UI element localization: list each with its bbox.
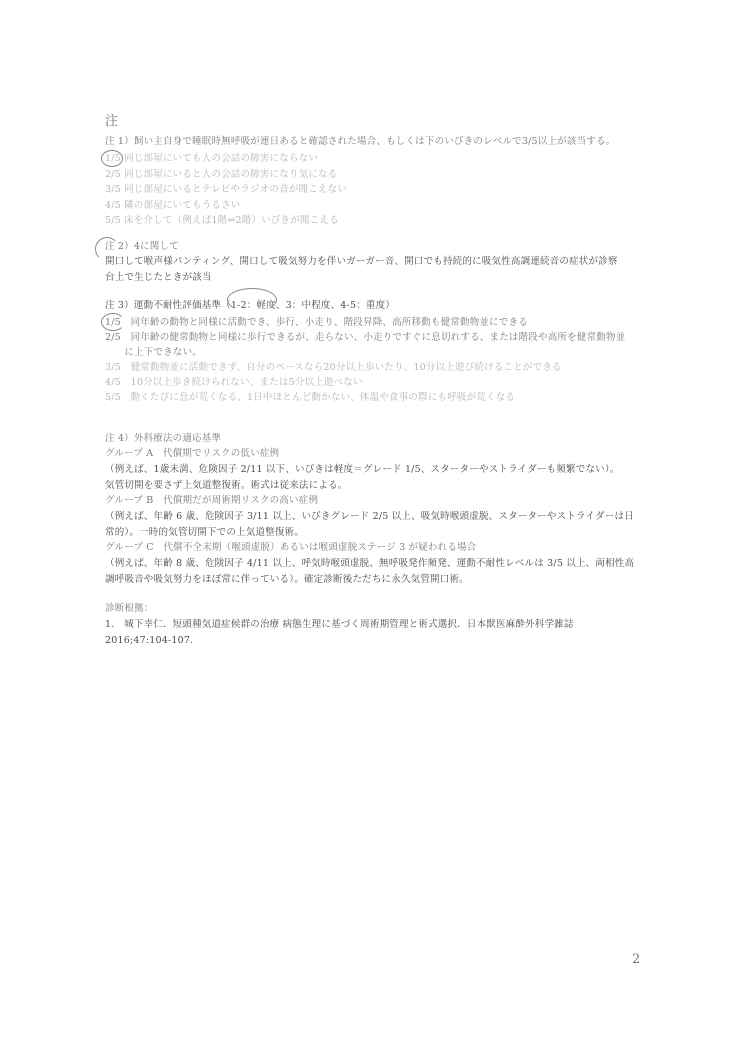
group-b-label: グループ B 代償期だが周術期リスクの高い症例 [105, 495, 318, 507]
note1-title: 注 1）飼い主自身で睡眠時無呼吸が連日あると確認された場合、もしくは下のいびきの… [105, 136, 615, 148]
notes-heading: 注 [105, 116, 118, 128]
note3-item-1: 1/5 同年齢の動物と同様に活動でき、歩行、小走り、階段昇降、高所移動も健常動物… [105, 317, 528, 329]
document-page: 注 注 1）飼い主自身で睡眠時無呼吸が連日あると確認された場合、もしくは下のいび… [0, 0, 736, 1041]
handwritten-circle-mark [101, 150, 123, 167]
note3-item-3: 3/5 健常動物並に活動できず、自分のペースなら20分以上歩いたり、10分以上遊… [105, 362, 562, 374]
note1-item-5: 5/5 床を介して（例えば1階⇔2階）いびきが聞こえる [105, 215, 339, 227]
group-b-line-2: 常的）。一時的気管切開下での上気道整復術。 [105, 527, 304, 539]
note3-item-5: 5/5 動くたびに息が荒くなる、1日中ほとんど動かない、体温や食事の際にも呼吸が… [105, 392, 515, 404]
reference-1-line-2: 2016;47:104-107. [105, 635, 193, 647]
note2-line-1: 開口して喉声様パンティング、開口して吸気努力を伴いガーガー音、開口でも持続的に吸… [105, 256, 618, 268]
handwritten-circle-mark [227, 288, 277, 312]
group-b-line-1: （例えば、年齢 6 歳、危険因子 3/11 以上、いびきグレード 2/5 以上、… [105, 511, 634, 523]
note1-item-4: 4/5 隣の部屋にいてもうるさい [105, 200, 241, 212]
note1-item-1: 1/5 同じ部屋にいても人の会話の障害にならない [105, 153, 318, 165]
group-a-line-2: 気管切開を要さず上気道整復術。術式は従来法による。 [105, 480, 348, 492]
group-a-label: グループ A 代償期でリスクの低い症例 [105, 448, 279, 460]
group-c-line-2: 調呼吸音や吸気努力をほぼ常に伴っている）。確定診断後ただちに永久気管開口術。 [105, 574, 469, 586]
note1-item-3: 3/5 同じ部屋にいるとテレビやラジオの音が聞こえない [105, 184, 347, 196]
group-c-line-1: （例えば、年齢 8 歳、危険因子 4/11 以上、呼気時喉頭虚脱、無呼吸発作頻発… [105, 558, 634, 570]
note4-title: 注 4）外科療法の適応基準 [105, 433, 221, 445]
references-title: 診断根拠： [105, 603, 154, 615]
reference-1-line-1: 1. 城下幸仁．短頭種気道症候群の治療 病態生理に基づく周術期管理と術式選択．日… [105, 619, 574, 631]
group-c-label: グループ C 代償不全末期（喉頭虚脱）あるいは喉頭虚脱ステージ 3 が疑われる場… [105, 542, 476, 554]
note3-item-2-cont: に上下できない。 [105, 347, 202, 359]
group-a-line-1: （例えば、1歳未満、危険因子 2/11 以下、いびきは軽度＝グレード 1/5、ス… [105, 464, 620, 476]
handwritten-circle-mark [101, 313, 125, 331]
note2-line-2: 台上で生じたときが該当 [105, 272, 212, 284]
note3-item-4: 4/5 10分以上歩き続けられない、または5分以上遊べない [105, 377, 363, 389]
note3-item-2: 2/5 同年齢の健常動物と同様に歩行できるが、走らない、小走りですぐに息切れする… [105, 332, 625, 344]
page-number: 2 [632, 952, 640, 967]
note1-item-2: 2/5 同じ部屋にいると人の会話の障害になり気になる [105, 169, 338, 181]
